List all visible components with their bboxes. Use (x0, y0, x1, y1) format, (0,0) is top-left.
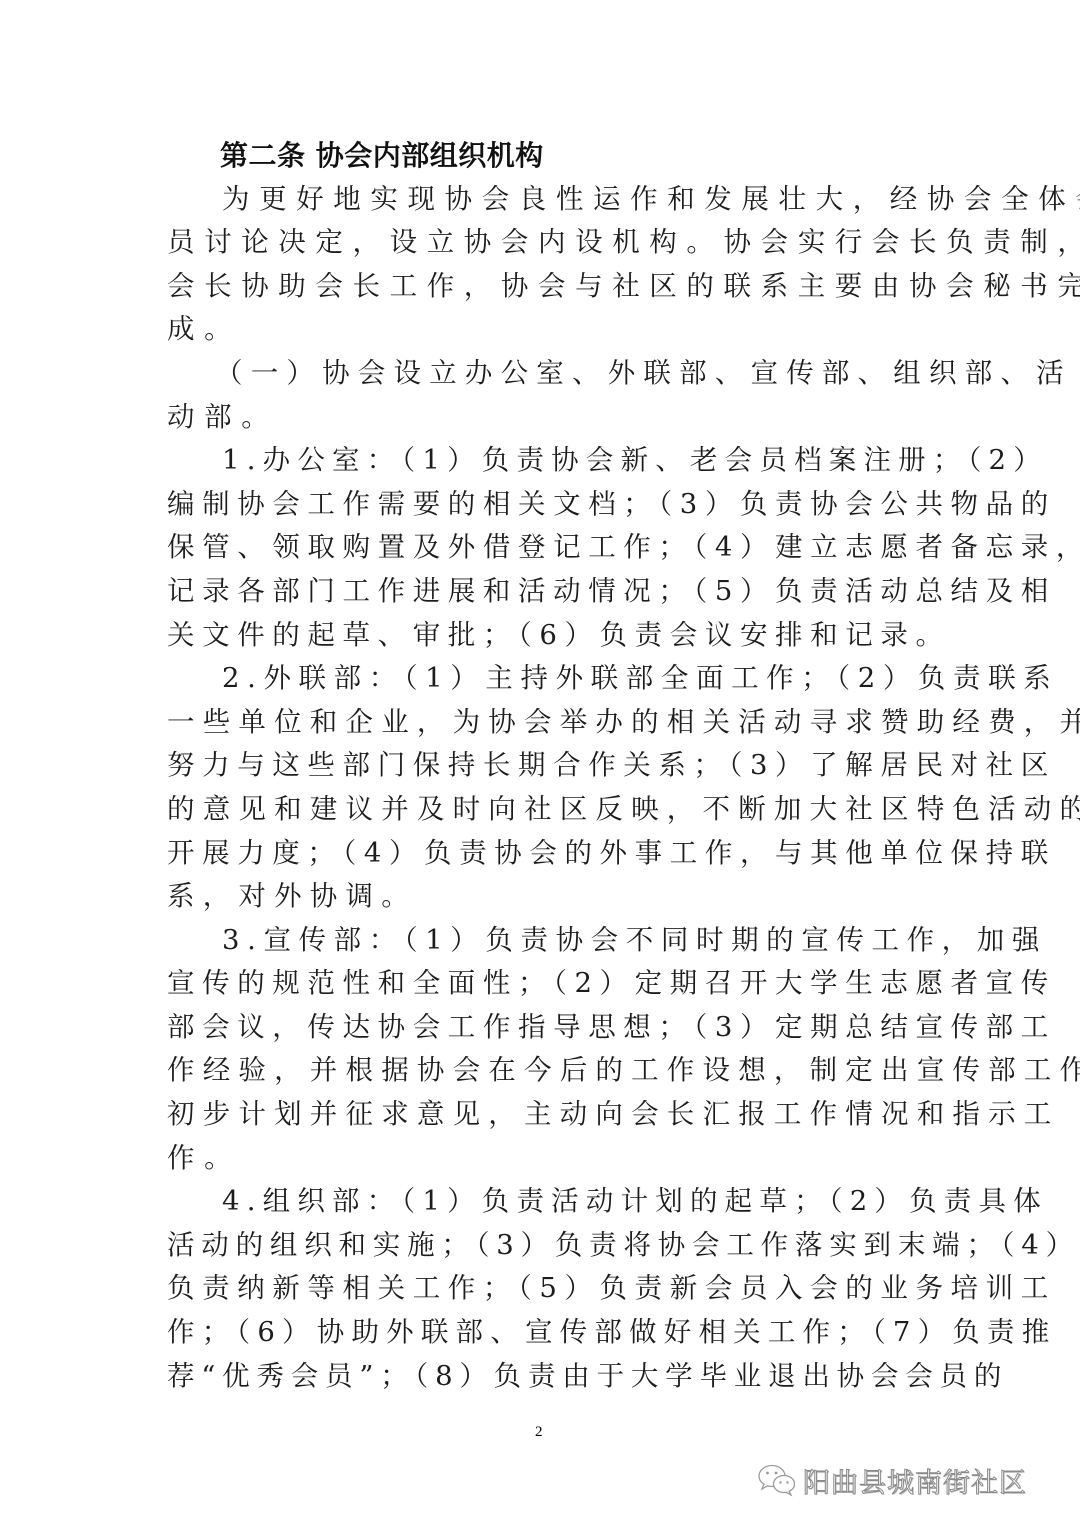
text-line: 成。 (167, 308, 917, 352)
text-line: 为更好地实现协会良性运作和发展壮大，经协会全体会 (167, 178, 917, 222)
text-line: 开展力度；（4）负责协会的外事工作，与其他单位保持联 (167, 832, 917, 876)
text-line: 会长协助会长工作，协会与社区的联系主要由协会秘书完 (167, 265, 917, 309)
wechat-icon (757, 1463, 797, 1497)
text-line: 保管、领取购置及外借登记工作；（4）建立志愿者备忘录， (167, 526, 917, 570)
text-line: （一）协会设立办公室、外联部、宣传部、组织部、活 (167, 352, 917, 396)
text-line: 动部。 (167, 396, 917, 440)
text-line: 编制协会工作需要的相关文档；（3）负责协会公共物品的 (167, 483, 917, 527)
paragraph-intro: 为更好地实现协会良性运作和发展壮大，经协会全体会 员讨论决定，设立协会内设机构。… (167, 178, 917, 352)
text-line: 活动的组织和实施；（3）负责将协会工作落实到末端；（4） (167, 1224, 917, 1268)
text-line: 作经验，并根据协会在今后的工作设想，制定出宣传部工作 (167, 1049, 917, 1093)
text-line: 员讨论决定，设立协会内设机构。协会实行会长负责制，副 (167, 221, 917, 265)
page-number: 2 (535, 1424, 543, 1441)
watermark-account-name: 阳曲县城南街社区 (803, 1461, 1027, 1500)
text-line: 一些单位和企业，为协会举办的相关活动寻求赞助经费，并 (167, 701, 917, 745)
text-line: 的意见和建议并及时向社区反映，不断加大社区特色活动的 (167, 788, 917, 832)
article-heading: 第二条 协会内部组织机构 (167, 134, 917, 178)
text-line: 1.办公室：（1）负责协会新、老会员档案注册；（2） (167, 439, 917, 483)
text-line: 3.宣传部：（1）负责协会不同时期的宣传工作，加强 (167, 919, 917, 963)
text-line: 作；（6）协助外联部、宣传部做好相关工作；（7）负责推 (167, 1311, 917, 1355)
text-line: 2.外联部：（1）主持外联部全面工作；（2）负责联系 (167, 657, 917, 701)
wechat-watermark: 阳曲县城南街社区 (757, 1460, 1027, 1500)
text-line: 4.组织部：（1）负责活动计划的起草；（2）负责具体 (167, 1180, 917, 1224)
text-line: 努力与这些部门保持长期合作关系；（3）了解居民对社区 (167, 744, 917, 788)
text-line: 记录各部门工作进展和活动情况；（5）负责活动总结及相 (167, 570, 917, 614)
text-line: 关文件的起草、审批；（6）负责会议安排和记录。 (167, 614, 917, 658)
paragraph-office: 1.办公室：（1）负责协会新、老会员档案注册；（2） 编制协会工作需要的相关文档… (167, 439, 917, 657)
paragraph-publicity: 3.宣传部：（1）负责协会不同时期的宣传工作，加强 宣传的规范性和全面性；（2）… (167, 919, 917, 1181)
text-line: 宣传的规范性和全面性；（2）定期召开大学生志愿者宣传 (167, 962, 917, 1006)
document-page: 第二条 协会内部组织机构 为更好地实现协会良性运作和发展壮大，经协会全体会 员讨… (167, 134, 917, 1398)
text-line: 作。 (167, 1137, 917, 1181)
text-line: 负责纳新等相关工作；（5）负责新会员入会的业务培训工 (167, 1267, 917, 1311)
text-line: 荐“优秀会员”；（8）负责由于大学毕业退出协会会员的 (167, 1355, 917, 1399)
paragraph-departments: （一）协会设立办公室、外联部、宣传部、组织部、活 动部。 (167, 352, 917, 439)
text-line: 部会议，传达协会工作指导思想；（3）定期总结宣传部工 (167, 1006, 917, 1050)
text-line: 系，对外协调。 (167, 875, 917, 919)
paragraph-external-relations: 2.外联部：（1）主持外联部全面工作；（2）负责联系 一些单位和企业，为协会举办… (167, 657, 917, 919)
paragraph-organization: 4.组织部：（1）负责活动计划的起草；（2）负责具体 活动的组织和实施；（3）负… (167, 1180, 917, 1398)
text-line: 初步计划并征求意见，主动向会长汇报工作情况和指示工 (167, 1093, 917, 1137)
